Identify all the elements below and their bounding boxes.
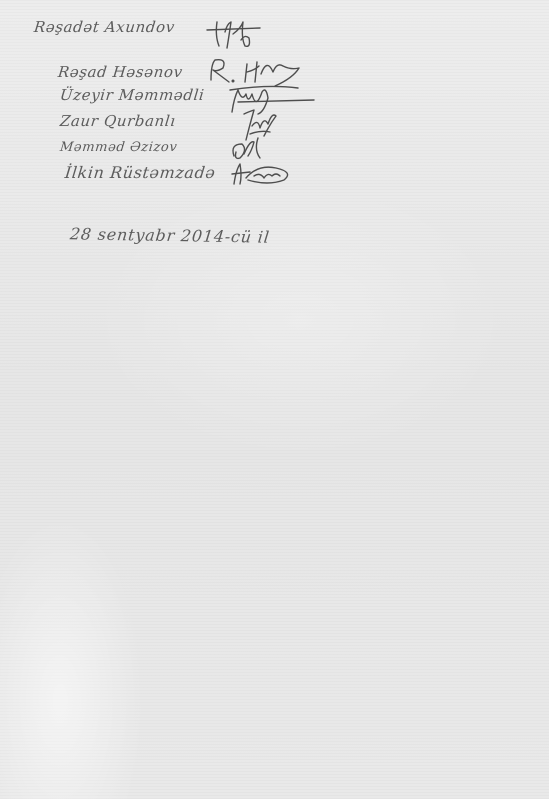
signatory-name: Üzeyir Məmmədli: [59, 86, 205, 104]
document-date: 28 sentyabr 2014-cü il: [69, 224, 271, 246]
signatory-row: Rəşad Həsənov: [58, 63, 183, 81]
signatory-row: Zaur Qurbanlı: [60, 112, 176, 130]
signatory-name: Zaur Qurbanlı: [59, 112, 177, 130]
signature-icon: [228, 158, 300, 188]
signatory-row: Məmməd Əzizov: [60, 140, 177, 155]
signatory-row: Üzeyir Məmmədli: [60, 86, 204, 104]
signatory-name: Rəşadət Axundov: [33, 18, 176, 36]
signatory-row: İlkin Rüstəmzadə: [65, 163, 216, 182]
signatory-name: İlkin Rüstəmzadə: [64, 163, 217, 182]
signature-icon: [205, 18, 265, 52]
scanned-page: Rəşadət Axundov Rəşad Həsənov Üzeyir Məm…: [0, 0, 549, 799]
signatory-name: Məmməd Əzizov: [59, 140, 178, 155]
signatory-name: Rəşad Həsənov: [57, 63, 184, 81]
signatory-row: Rəşadət Axundov: [34, 18, 175, 36]
